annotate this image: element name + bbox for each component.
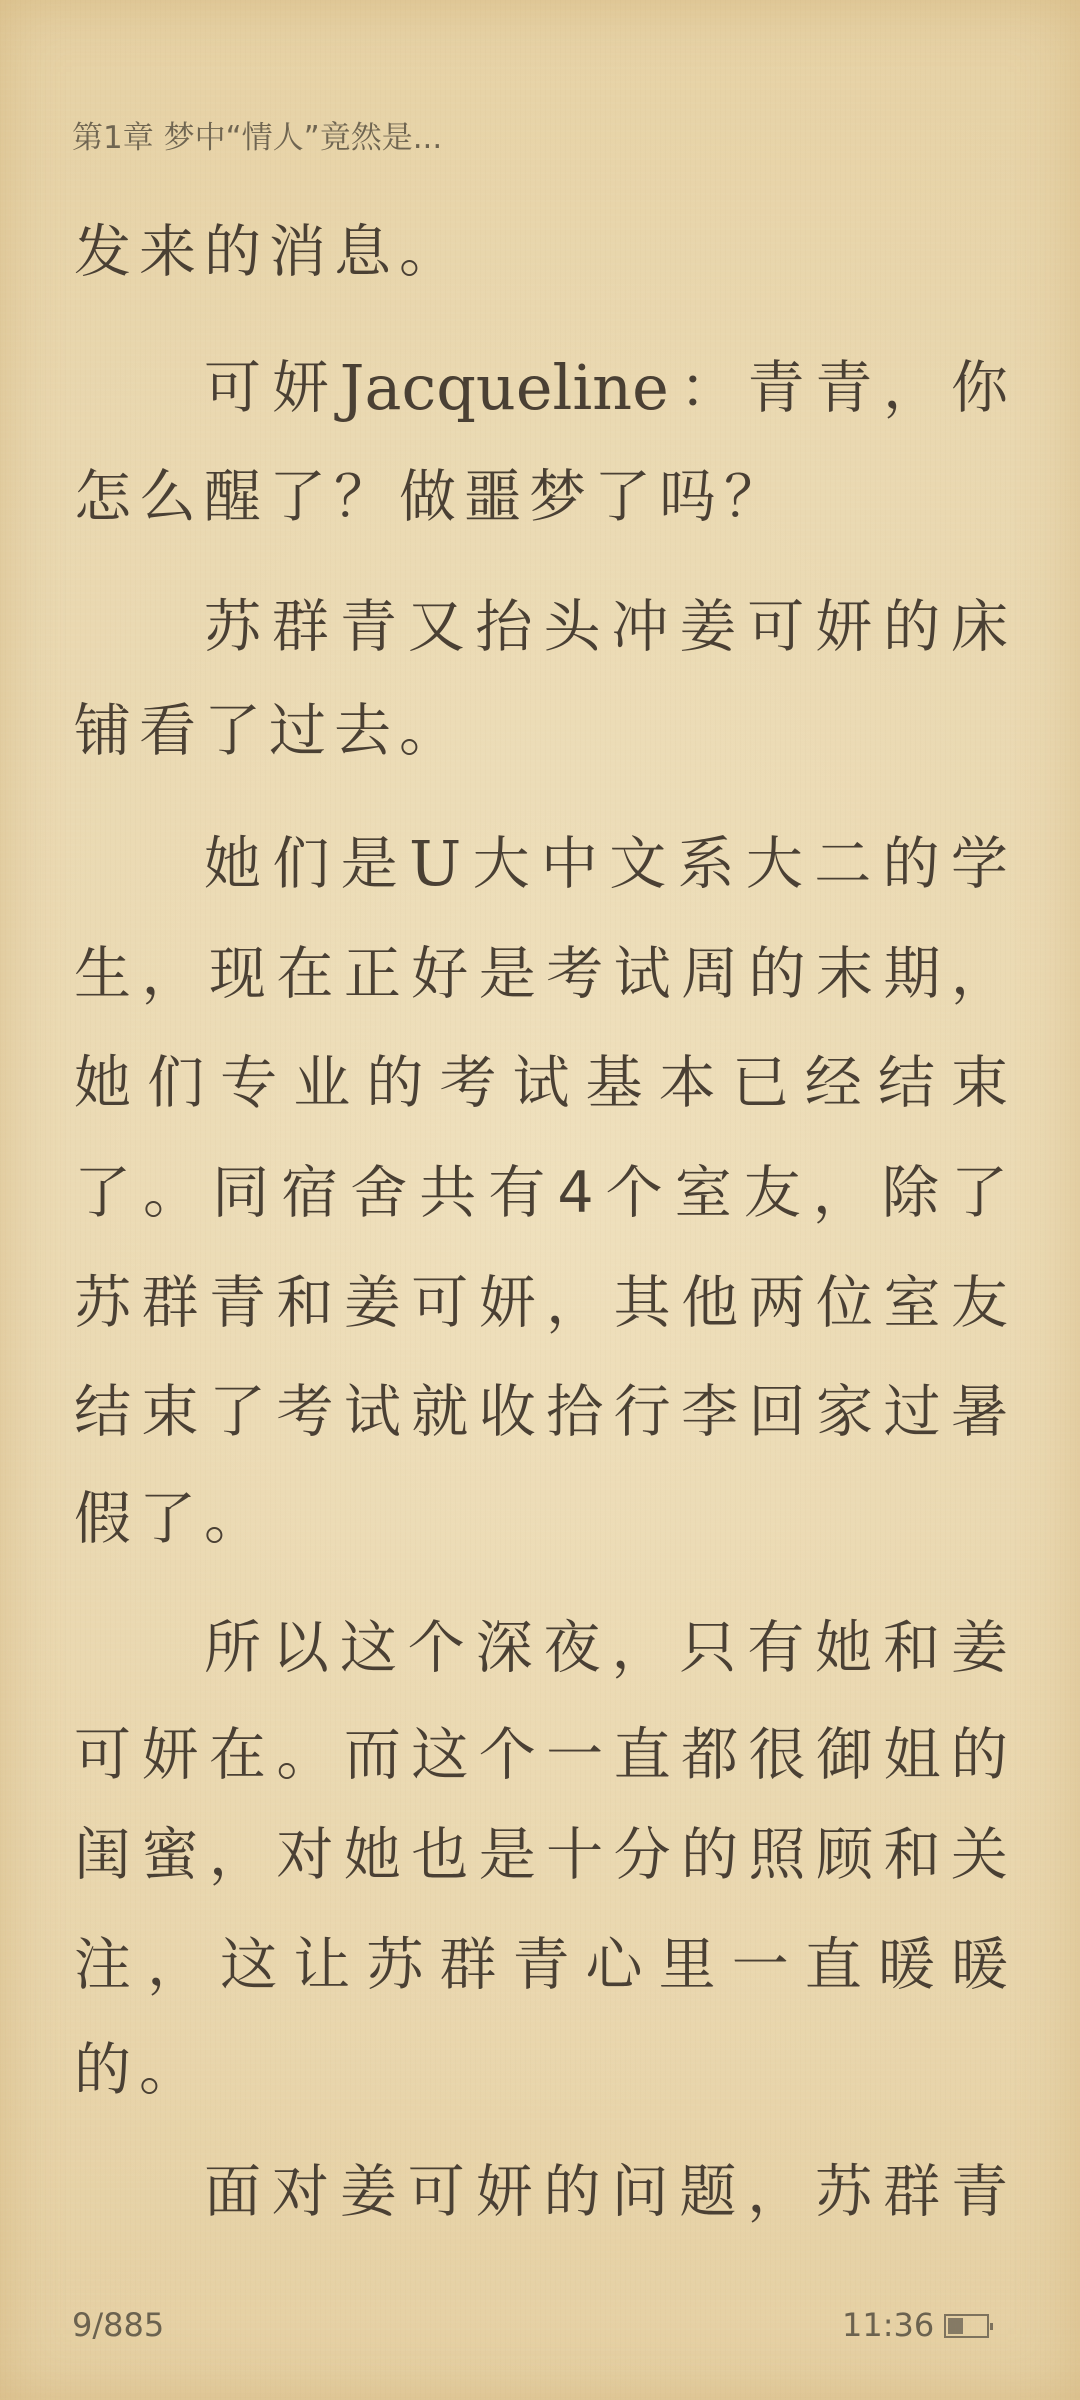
text-line: 生，现在正好是考试周的末期， xyxy=(74,934,1008,1014)
text-glyph: 所 xyxy=(204,1608,261,1688)
text-glyph: 家 xyxy=(816,1372,873,1452)
text-line: 结束了考试就收拾行李回家过暑 xyxy=(74,1372,1008,1452)
text-glyph: 考 xyxy=(276,1372,333,1452)
text-glyph: 而 xyxy=(344,1715,401,1795)
text-line: 的。 xyxy=(74,2030,1008,2110)
text-glyph: 她 xyxy=(815,1608,872,1688)
text-glyph: 已 xyxy=(732,1043,789,1123)
text-glyph: 你 xyxy=(951,348,1008,428)
text-glyph: 可 xyxy=(204,348,261,428)
text-glyph: 束 xyxy=(141,1372,198,1452)
text-glyph: 是 xyxy=(479,1815,536,1895)
text-glyph: 本 xyxy=(659,1043,716,1123)
text-glyph: 这 xyxy=(220,1925,277,2005)
text-glyph: 舍 xyxy=(350,1153,407,1233)
text-glyph: ， xyxy=(883,348,940,428)
text-glyph: 们 xyxy=(272,824,329,904)
text-line: 假了。 xyxy=(74,1479,1008,1559)
text-glyph: 收 xyxy=(479,1372,536,1452)
text-glyph: 生 xyxy=(74,934,131,1014)
text-glyph: ， xyxy=(141,934,198,1014)
text-glyph: 这 xyxy=(411,1715,468,1795)
text-glyph: 系 xyxy=(678,824,735,904)
text-glyph: 束 xyxy=(951,1043,1008,1123)
text-glyph: 心 xyxy=(586,1925,643,2005)
text-glyph: 的 xyxy=(681,1815,738,1895)
text-glyph: 回 xyxy=(749,1372,806,1452)
text-glyph: 经 xyxy=(805,1043,862,1123)
text-glyph: 了 xyxy=(951,1153,1008,1233)
text-glyph: 在 xyxy=(209,1715,266,1795)
text-glyph: 位 xyxy=(816,1263,873,1343)
text-glyph: 十 xyxy=(546,1815,603,1895)
text-glyph: 期 xyxy=(883,934,940,1014)
text-glyph: 也 xyxy=(411,1815,468,1895)
text-glyph: 妍 xyxy=(141,1715,198,1795)
text-glyph: 两 xyxy=(749,1263,806,1343)
text-line: 怎么醒了？做噩梦了吗？ xyxy=(74,457,1008,537)
text-glyph: ， xyxy=(951,934,1008,1014)
text-glyph: ， xyxy=(813,1153,870,1233)
text-glyph: 冲 xyxy=(611,587,668,667)
text-glyph: 大 xyxy=(746,824,803,904)
battery-terminal xyxy=(990,2323,993,2330)
text-glyph: 。 xyxy=(143,1153,200,1233)
text-glyph: 现 xyxy=(209,934,266,1014)
text-glyph: 这 xyxy=(340,1608,397,1688)
text-glyph: 室 xyxy=(675,1153,732,1233)
text-line: 了。同宿舍共有4个室友，除了 xyxy=(74,1153,1008,1233)
text-glyph: 业 xyxy=(293,1043,350,1123)
text-glyph: 让 xyxy=(293,1925,350,2005)
text-glyph: 可 xyxy=(411,1263,468,1343)
reader-page[interactable]: 第1章 梦中“情人”竟然是... 发来的消息。 可妍Jacqueline：青青，… xyxy=(0,0,1080,2400)
text-glyph: 妍 xyxy=(815,587,872,667)
text-glyph: 专 xyxy=(220,1043,277,1123)
text-glyph: 就 xyxy=(411,1372,468,1452)
text-line: 注，这让苏群青心里一直暖暖 xyxy=(74,1925,1008,2005)
text-glyph: 妍 xyxy=(476,2152,533,2232)
text-glyph: 中 xyxy=(541,824,598,904)
text-glyph: 的 xyxy=(366,1043,423,1123)
text-glyph: 试 xyxy=(344,1372,401,1452)
text-glyph: ， xyxy=(209,1815,266,1895)
text-glyph: 群 xyxy=(883,2152,940,2232)
text-glyph: 只 xyxy=(679,1608,736,1688)
text-glyph: 题 xyxy=(679,2152,736,2232)
text-glyph: 床 xyxy=(951,587,1008,667)
text-line: 面对姜可妍的问题，苏群青 xyxy=(204,2152,1008,2232)
text-glyph: 了 xyxy=(209,1372,266,1452)
text-glyph: 过 xyxy=(883,1372,940,1452)
text-glyph: 考 xyxy=(546,934,603,1014)
text-glyph: 苏 xyxy=(815,2152,872,2232)
text-glyph: 蜜 xyxy=(141,1815,198,1895)
battery-icon xyxy=(944,2314,989,2338)
text-glyph: 学 xyxy=(951,824,1008,904)
text-line: 所以这个深夜，只有她和姜 xyxy=(204,1608,1008,1688)
text-line: 可妍在。而这个一直都很御姐的 xyxy=(74,1715,1008,1795)
text-glyph: 抬 xyxy=(476,587,533,667)
text-glyph: 群 xyxy=(141,1263,198,1343)
text-glyph: ， xyxy=(611,1608,668,1688)
text-glyph: 暑 xyxy=(951,1372,1008,1452)
text-glyph: 末 xyxy=(816,934,873,1014)
text-glyph: 妍 xyxy=(479,1263,536,1343)
text-glyph: 妍 xyxy=(272,348,329,428)
text-glyph: 大 xyxy=(473,824,530,904)
text-line: 铺看了过去。 xyxy=(74,691,1008,771)
text-glyph: 是 xyxy=(479,934,536,1014)
chapter-title: 第1章 梦中“情人”竟然是... xyxy=(72,118,442,158)
text-glyph: 试 xyxy=(614,934,671,1014)
text-glyph: 青 xyxy=(815,348,872,428)
text-glyph: 关 xyxy=(951,1815,1008,1895)
text-line: 苏群青和姜可妍，其他两位室友 xyxy=(74,1263,1008,1343)
text-glyph: 夜 xyxy=(544,1608,601,1688)
text-glyph: 二 xyxy=(814,824,871,904)
text-glyph: 李 xyxy=(681,1372,738,1452)
battery-level xyxy=(948,2318,963,2334)
text-glyph: 姐 xyxy=(883,1715,940,1795)
text-glyph: 同 xyxy=(212,1153,269,1233)
text-glyph: 周 xyxy=(681,934,738,1014)
text-glyph: 直 xyxy=(614,1715,671,1795)
text-glyph: 对 xyxy=(276,1815,333,1895)
text-glyph: 一 xyxy=(732,1925,789,2005)
text-glyph: 有 xyxy=(488,1153,545,1233)
text-glyph: 们 xyxy=(147,1043,204,1123)
text-glyph: 可 xyxy=(74,1715,131,1795)
text-glyph: 姜 xyxy=(951,1608,1008,1688)
text-line: 可妍Jacqueline：青青，你 xyxy=(204,348,1008,428)
text-glyph: 的 xyxy=(883,587,940,667)
text-glyph: 她 xyxy=(74,1043,131,1123)
text-glyph: 青 xyxy=(512,1925,569,2005)
text-glyph: 都 xyxy=(681,1715,738,1795)
status-cluster: 11:36 xyxy=(842,2306,989,2344)
text-glyph: 个 xyxy=(606,1153,663,1233)
text-glyph: 直 xyxy=(805,1925,862,2005)
text-glyph: 头 xyxy=(544,587,601,667)
text-glyph: ， xyxy=(546,1263,603,1343)
text-glyph: 了 xyxy=(74,1153,131,1233)
text-glyph: 的 xyxy=(951,1715,1008,1795)
text-glyph: 个 xyxy=(479,1715,536,1795)
text-glyph: U xyxy=(409,824,461,904)
text-glyph: 个 xyxy=(408,1608,465,1688)
text-glyph: 暖 xyxy=(951,1925,1008,2005)
text-glyph: 姜 xyxy=(340,2152,397,2232)
text-glyph: 青 xyxy=(747,348,804,428)
text-glyph: 拾 xyxy=(546,1372,603,1452)
text-glyph: 室 xyxy=(883,1263,940,1343)
text-glyph: 的 xyxy=(544,2152,601,2232)
text-glyph: 结 xyxy=(878,1043,935,1123)
text-glyph: 顾 xyxy=(816,1815,873,1895)
text-glyph: 里 xyxy=(659,1925,716,2005)
text-glyph: Jacqueline xyxy=(340,348,669,428)
text-glyph: 暖 xyxy=(878,1925,935,2005)
text-glyph: 和 xyxy=(276,1263,333,1343)
text-glyph: ： xyxy=(680,348,737,428)
text-glyph: 的 xyxy=(883,824,940,904)
text-line: 苏群青又抬头冲姜可妍的床 xyxy=(204,587,1008,667)
text-glyph: 姜 xyxy=(344,1263,401,1343)
text-line: 她们专业的考试基本已经结束 xyxy=(74,1043,1008,1123)
text-glyph: 青 xyxy=(951,2152,1008,2232)
text-glyph: 以 xyxy=(272,1608,329,1688)
text-glyph: 是 xyxy=(341,824,398,904)
text-glyph: 又 xyxy=(408,587,465,667)
text-glyph: 很 xyxy=(749,1715,806,1795)
text-glyph: 他 xyxy=(681,1263,738,1343)
text-glyph: ， xyxy=(147,1925,204,2005)
text-glyph: 有 xyxy=(747,1608,804,1688)
text-glyph: 和 xyxy=(883,1815,940,1895)
text-glyph: 注 xyxy=(74,1925,131,2005)
text-glyph: ， xyxy=(747,2152,804,2232)
text-glyph: 友 xyxy=(951,1263,1008,1343)
text-glyph: 和 xyxy=(883,1608,940,1688)
text-line: 她们是U大中文系大二的学 xyxy=(204,824,1008,904)
text-line: 发来的消息。 xyxy=(74,212,1008,292)
text-glyph: 对 xyxy=(272,2152,329,2232)
text-glyph: 闺 xyxy=(74,1815,131,1895)
text-glyph: 其 xyxy=(614,1263,671,1343)
text-glyph: 青 xyxy=(340,587,397,667)
text-glyph: 可 xyxy=(408,2152,465,2232)
text-glyph: 御 xyxy=(816,1715,873,1795)
text-glyph: 4 xyxy=(557,1153,593,1233)
text-glyph: 除 xyxy=(882,1153,939,1233)
text-glyph: 青 xyxy=(209,1263,266,1343)
text-glyph: 苏 xyxy=(74,1263,131,1343)
text-glyph: 她 xyxy=(344,1815,401,1895)
text-glyph: 试 xyxy=(512,1043,569,1123)
text-glyph: 正 xyxy=(344,934,401,1014)
text-glyph: 基 xyxy=(586,1043,643,1123)
text-glyph: 苏 xyxy=(204,587,261,667)
text-glyph: 苏 xyxy=(366,1925,423,2005)
text-glyph: 好 xyxy=(411,934,468,1014)
text-glyph: 共 xyxy=(419,1153,476,1233)
text-glyph: 宿 xyxy=(281,1153,338,1233)
text-glyph: 她 xyxy=(204,824,261,904)
text-glyph: 结 xyxy=(74,1372,131,1452)
text-glyph: 照 xyxy=(749,1815,806,1895)
text-glyph: 可 xyxy=(747,587,804,667)
text-glyph: 群 xyxy=(439,1925,496,2005)
clock-time: 11:36 xyxy=(842,2306,934,2344)
text-glyph: 。 xyxy=(276,1715,333,1795)
text-glyph: 问 xyxy=(611,2152,668,2232)
text-glyph: 深 xyxy=(476,1608,533,1688)
text-glyph: 面 xyxy=(204,2152,261,2232)
text-glyph: 一 xyxy=(546,1715,603,1795)
text-glyph: 分 xyxy=(614,1815,671,1895)
text-line: 闺蜜，对她也是十分的照顾和关 xyxy=(74,1815,1008,1895)
text-glyph: 在 xyxy=(276,934,333,1014)
text-glyph: 群 xyxy=(272,587,329,667)
text-glyph: 的 xyxy=(749,934,806,1014)
text-glyph: 姜 xyxy=(679,587,736,667)
text-glyph: 行 xyxy=(614,1372,671,1452)
text-glyph: 文 xyxy=(609,824,666,904)
page-indicator: 9/885 xyxy=(72,2306,164,2344)
text-glyph: 考 xyxy=(439,1043,496,1123)
text-glyph: 友 xyxy=(744,1153,801,1233)
